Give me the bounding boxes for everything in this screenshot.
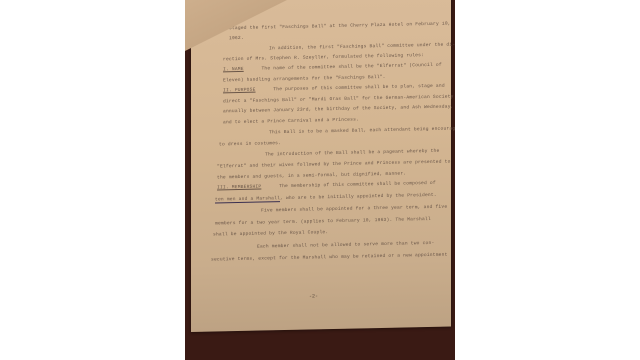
line-text: the members and guests, in a semi-formal… bbox=[217, 171, 406, 180]
text-line: secutive terms, except for the Marshall … bbox=[211, 253, 448, 263]
line-text: Five members shall be appointed for a th… bbox=[261, 205, 447, 214]
document-photo: staged the first "Faschings Ball" at the… bbox=[185, 0, 455, 360]
text-line: This Ball is to be a masked Ball, each a… bbox=[269, 126, 455, 135]
line-text: The name of the committee shall be the "… bbox=[261, 63, 441, 72]
text-line: II. PURPOSE The purposes of this committ… bbox=[223, 84, 445, 94]
section-heading: II. PURPOSE bbox=[223, 88, 256, 94]
text-line: members for a two year term. (applies to… bbox=[215, 217, 431, 227]
line-text: staged the first "Faschings Ball" at the… bbox=[229, 22, 451, 32]
section-heading: III. MEMBERSHIP bbox=[217, 185, 261, 191]
text-line: III. MEMBERSHIP The membership of this c… bbox=[217, 181, 436, 191]
text-line: rection of Mrs. Stephen R. Szeyller, for… bbox=[223, 53, 424, 62]
line-text: members for a two year term. (applies to… bbox=[215, 217, 431, 227]
text-line: direct a "Faschings Ball" or "Mardi Gras… bbox=[223, 94, 454, 104]
text-line: Five members shall be appointed for a th… bbox=[261, 205, 447, 214]
line-text: annually between January 23rd, the birth… bbox=[223, 104, 454, 114]
line-text: shall be appointed by the Royal Couple. bbox=[213, 230, 328, 237]
line-text: direct a "Faschings Ball" or "Mardi Gras… bbox=[223, 94, 454, 104]
line-text: In addition, the first "Faschings Ball" … bbox=[269, 42, 455, 51]
line-text: The membership of this committee shall b… bbox=[279, 181, 436, 189]
line-text: The purposes of this committee shall be … bbox=[273, 84, 445, 93]
line-text: Each member shall not be allowed to serv… bbox=[257, 241, 434, 250]
line-text: Eleven) handling arrangements for the "F… bbox=[223, 75, 386, 83]
line-text: rection of Mrs. Stephen R. Szeyller, for… bbox=[223, 53, 424, 62]
line-text: The introduction of the Ball shall be a … bbox=[265, 149, 439, 158]
line-text: 1962. bbox=[229, 36, 244, 41]
text-line: In addition, the first "Faschings Ball" … bbox=[269, 42, 455, 51]
text-line: the members and guests, in a semi-formal… bbox=[217, 171, 406, 180]
text-line: The introduction of the Ball shall be a … bbox=[265, 149, 439, 158]
line-text: , who are to be initially appointed by t… bbox=[280, 193, 437, 201]
text-line: 1962. bbox=[229, 36, 244, 41]
text-line: and to elect a Prince Carnival and a Pri… bbox=[223, 117, 359, 125]
line-text: "Elferrat" and their wives followed by t… bbox=[217, 160, 451, 170]
line-text: secutive terms, except for the Marshall … bbox=[211, 253, 448, 263]
section-heading: I. NAME bbox=[223, 67, 244, 72]
pen-underlined-text: ten men and a Marshall bbox=[215, 196, 280, 203]
line-text: to dress in costumes. bbox=[219, 141, 281, 147]
page-text: staged the first "Faschings Ball" at the… bbox=[191, 0, 451, 332]
text-line: I. NAME The name of the committee shall … bbox=[223, 63, 442, 73]
text-line: to dress in costumes. bbox=[219, 141, 281, 147]
text-line: Each member shall not be allowed to serv… bbox=[257, 241, 434, 250]
page-number: -2- bbox=[309, 293, 318, 299]
text-line: ten men and a Marshall, who are to be in… bbox=[215, 193, 437, 203]
text-line: Eleven) handling arrangements for the "F… bbox=[223, 75, 386, 83]
typewritten-page: staged the first "Faschings Ball" at the… bbox=[191, 0, 451, 332]
line-text: and to elect a Prince Carnival and a Pri… bbox=[223, 117, 359, 125]
text-line: shall be appointed by the Royal Couple. bbox=[213, 230, 328, 237]
text-line: "Elferrat" and their wives followed by t… bbox=[217, 160, 451, 170]
text-line: staged the first "Faschings Ball" at the… bbox=[229, 22, 451, 32]
text-line: annually between January 23rd, the birth… bbox=[223, 104, 454, 114]
line-text: This Ball is to be a masked Ball, each a… bbox=[269, 126, 455, 135]
